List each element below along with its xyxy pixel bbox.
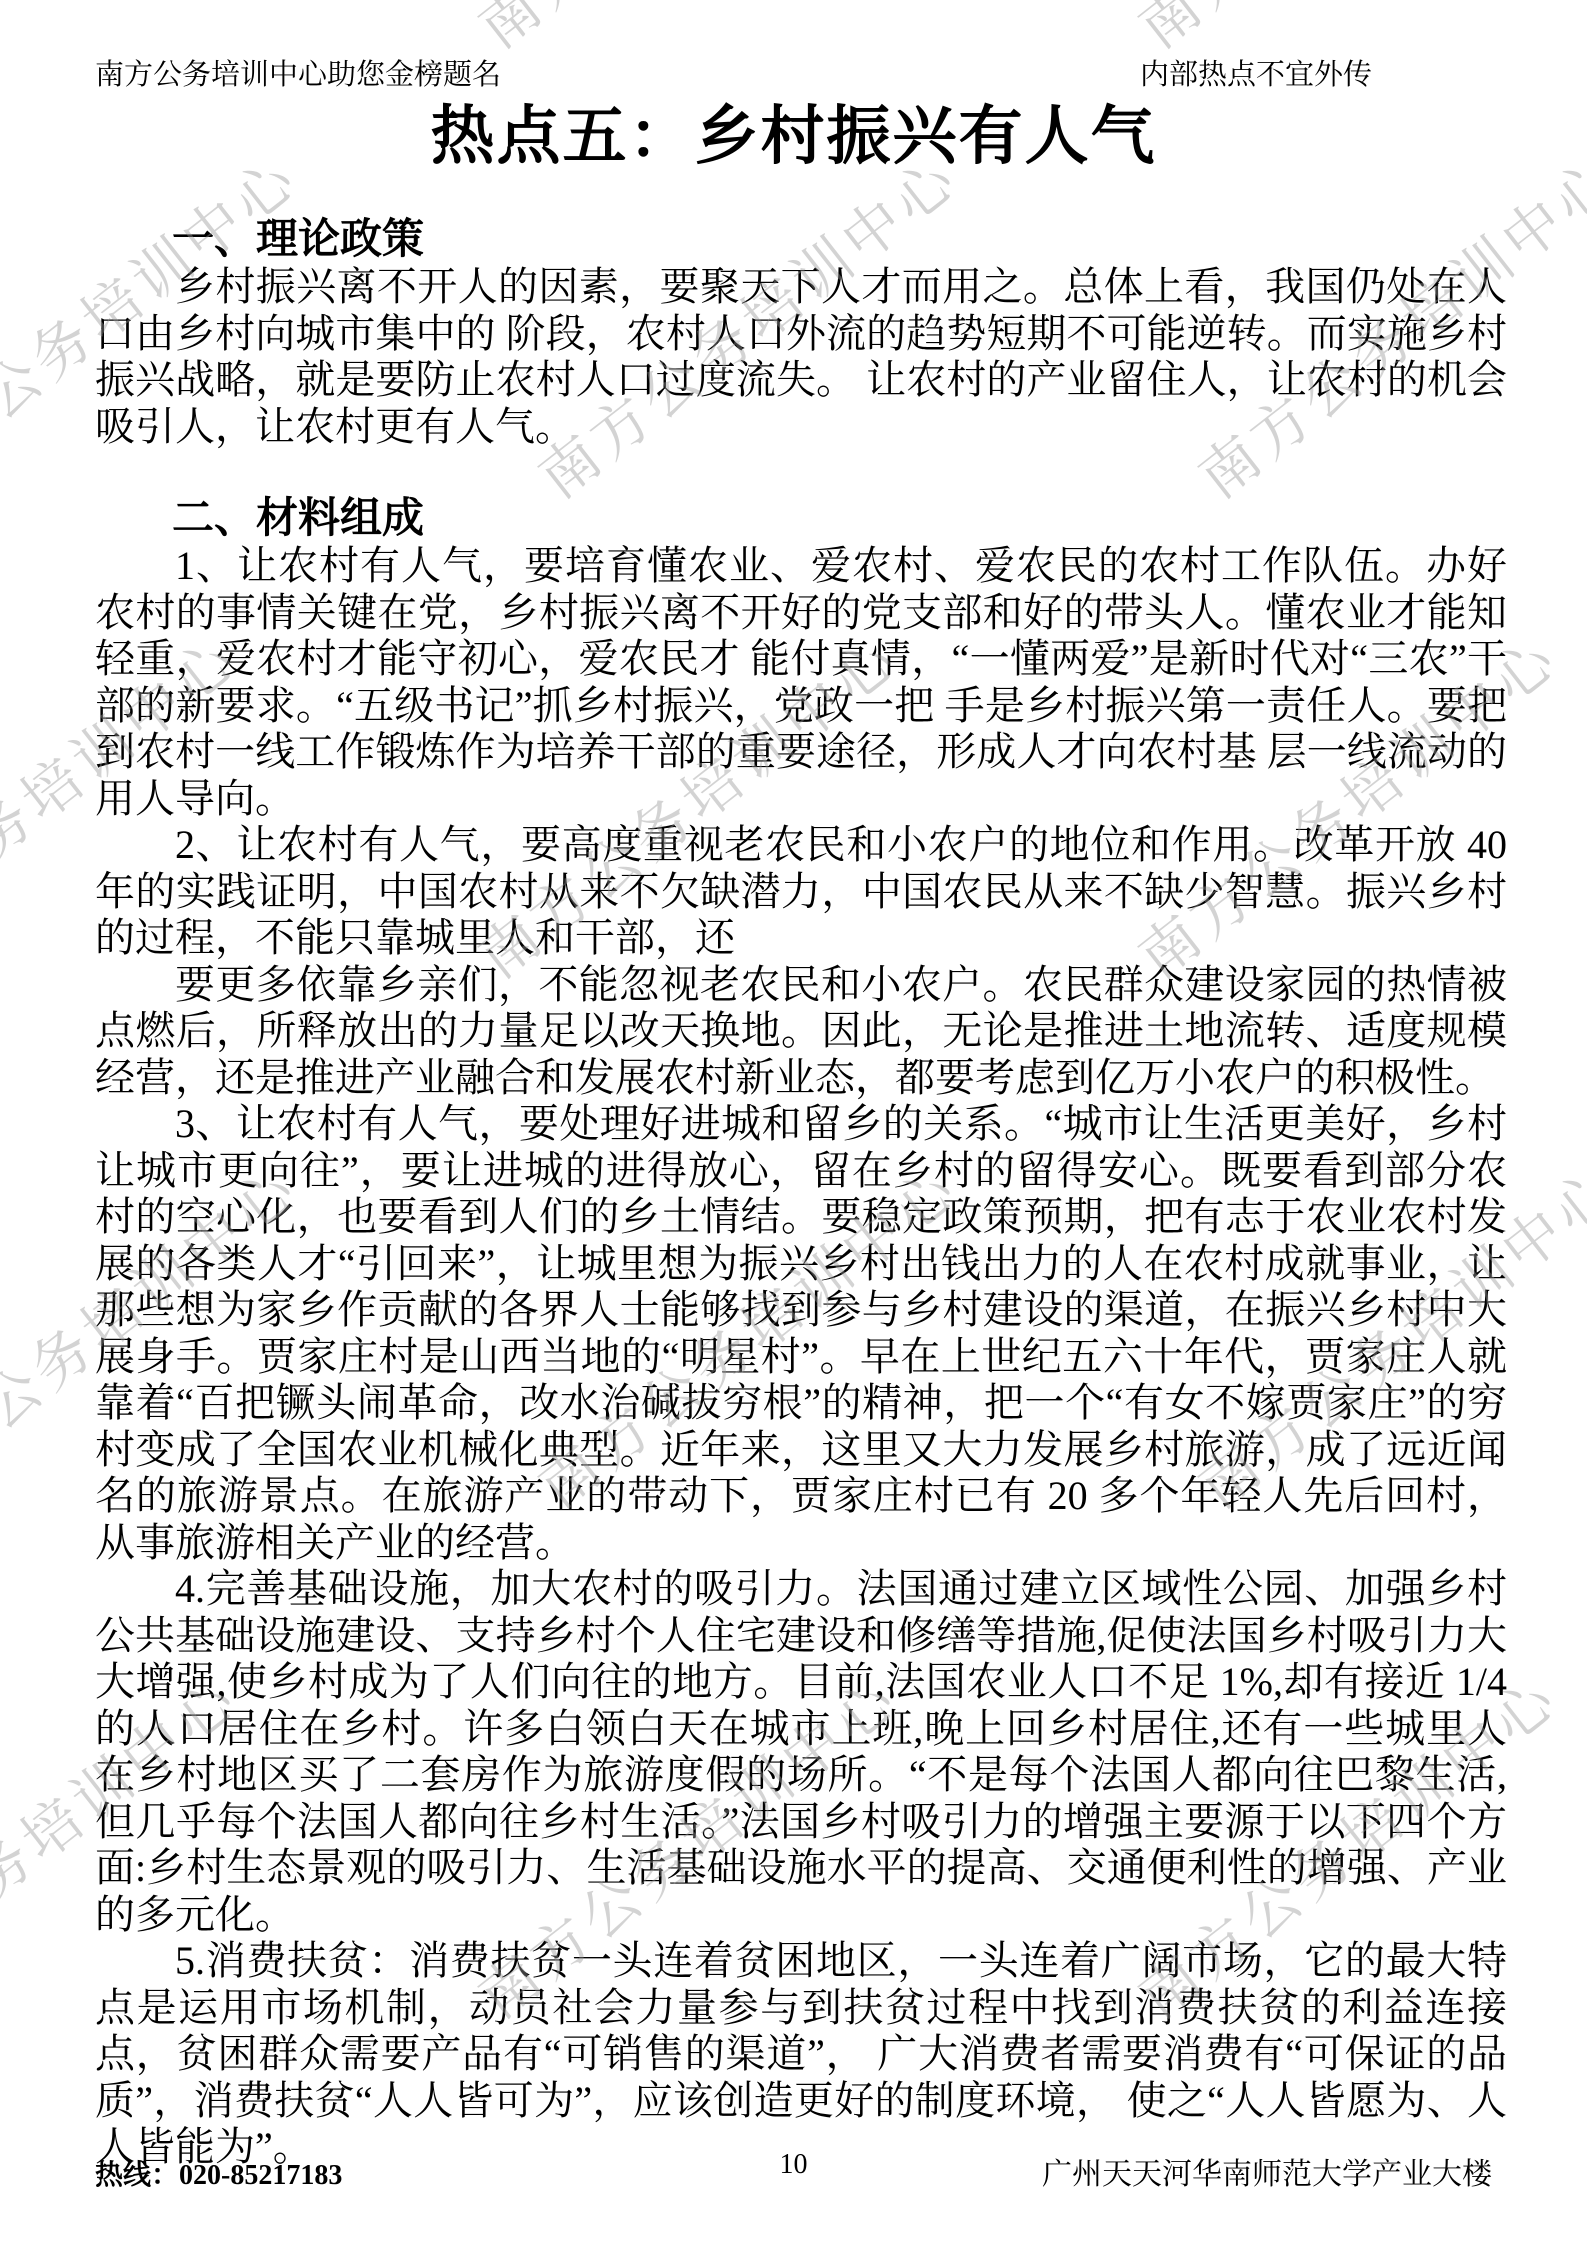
footer-page-number: 10 [95, 2149, 1492, 2181]
document-page: 南方公务培训中心南方公务培训中心南方公务培训中心南方公务培训中心南方公务培训中心… [0, 0, 1587, 2245]
paragraph: 乡村振兴离不开人的因素，要聚天下人才而用之。总体上看，我国仍处在人口由乡村向城市… [95, 264, 1507, 450]
section-theory-policy: 一、理论政策 乡村振兴离不开人的因素，要聚天下人才而用之。总体上看，我国仍处在人… [0, 217, 1587, 450]
header-right-text: 内部热点不宜外传 [1140, 52, 1372, 93]
section-heading: 二、材料组成 [95, 496, 1507, 543]
page-title: 热点五：乡村振兴有人气 [0, 99, 1587, 173]
paragraph: 5.消费扶贫：消费扶贫一头连着贫困地区，一头连着广阔市场，它的最大特点是运用市场… [95, 1938, 1507, 2171]
paragraph: 1、让农村有人气，要培育懂农业、爱农村、爱农民的农村工作队伍。办好农村的事情关键… [95, 543, 1507, 822]
paragraph: 3、让农村有人气，要处理好进城和留乡的关系。“城市让生活更美好，乡村让城市更向往… [95, 1101, 1507, 1566]
section-heading: 一、理论政策 [95, 217, 1507, 264]
paragraph: 4.完善基础设施，加大农村的吸引力。法国通过建立区域性公园、加强乡村公共基础设施… [95, 1566, 1507, 1938]
page-header: 南方公务培训中心助您金榜题名 内部热点不宜外传 [0, 0, 1587, 93]
paragraph: 要更多依靠乡亲们，不能忽视老农民和小农户。农民群众建设家园的热情被点燃后，所释放… [95, 962, 1507, 1102]
page-content: 南方公务培训中心助您金榜题名 内部热点不宜外传 热点五：乡村振兴有人气 一、理论… [0, 0, 1587, 2171]
page-footer: 热线：020-85217183 10 广州天天河华南师范大学产业大楼 [95, 2149, 1492, 2193]
section-material-composition: 二、材料组成 1、让农村有人气，要培育懂农业、爱农村、爱农民的农村工作队伍。办好… [0, 496, 1587, 2171]
paragraph: 2、让农村有人气，要高度重视老农民和小农户的地位和作用。改革开放 40 年的实践… [95, 822, 1507, 962]
header-left-text: 南方公务培训中心助您金榜题名 [95, 52, 501, 93]
